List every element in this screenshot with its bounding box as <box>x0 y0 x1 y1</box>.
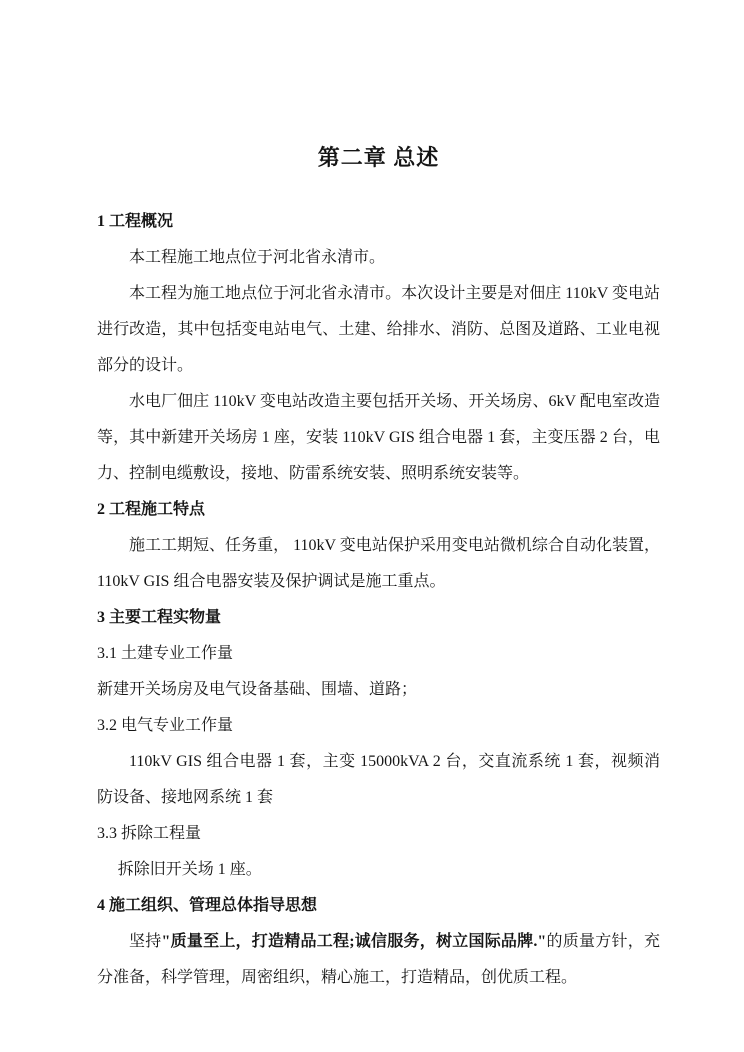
paragraph-quality-policy: 坚持"质量至上，打造精品工程;诚信服务，树立国际品牌."的质量方针，充分准备，科… <box>97 924 660 996</box>
paragraph-project-location: 本工程施工地点位于河北省永清市。 <box>97 240 660 276</box>
text-run-bold-policy: "质量至上，打造精品工程;诚信服务，树立国际品牌." <box>161 933 546 950</box>
section-heading-1: 1 工程概况 <box>97 204 660 240</box>
section-heading-4: 4 施工组织、管理总体指导思想 <box>97 888 660 924</box>
subheading-3-2: 3.2 电气专业工作量 <box>97 708 660 744</box>
text-run-prefix: 坚持 <box>129 933 161 950</box>
paragraph-demolition: 拆除旧开关场 1 座。 <box>97 852 660 888</box>
subheading-3-3: 3.3 拆除工程量 <box>97 816 660 852</box>
paragraph-design-scope: 本工程为施工地点位于河北省永清市。本次设计主要是对佃庄 110kV 变电站进行改… <box>97 276 660 384</box>
paragraph-reconstruction-scope: 水电厂佃庄 110kV 变电站改造主要包括开关场、开关场房、6kV 配电室改造等… <box>97 384 660 492</box>
chapter-title: 第二章 总述 <box>97 138 660 178</box>
section-heading-3: 3 主要工程实物量 <box>97 600 660 636</box>
paragraph-construction-features: 施工工期短、任务重， 110kV 变电站保护采用变电站微机综合自动化装置，110… <box>97 528 660 600</box>
paragraph-civil-works: 新建开关场房及电气设备基础、围墙、道路； <box>97 672 660 708</box>
section-heading-2: 2 工程施工特点 <box>97 492 660 528</box>
subheading-3-1: 3.1 土建专业工作量 <box>97 636 660 672</box>
document-page: 第二章 总述 1 工程概况 本工程施工地点位于河北省永清市。 本工程为施工地点位… <box>0 0 744 1052</box>
paragraph-electrical-works: 110kV GIS 组合电器 1 套，主变 15000kVA 2 台，交直流系统… <box>97 744 660 816</box>
